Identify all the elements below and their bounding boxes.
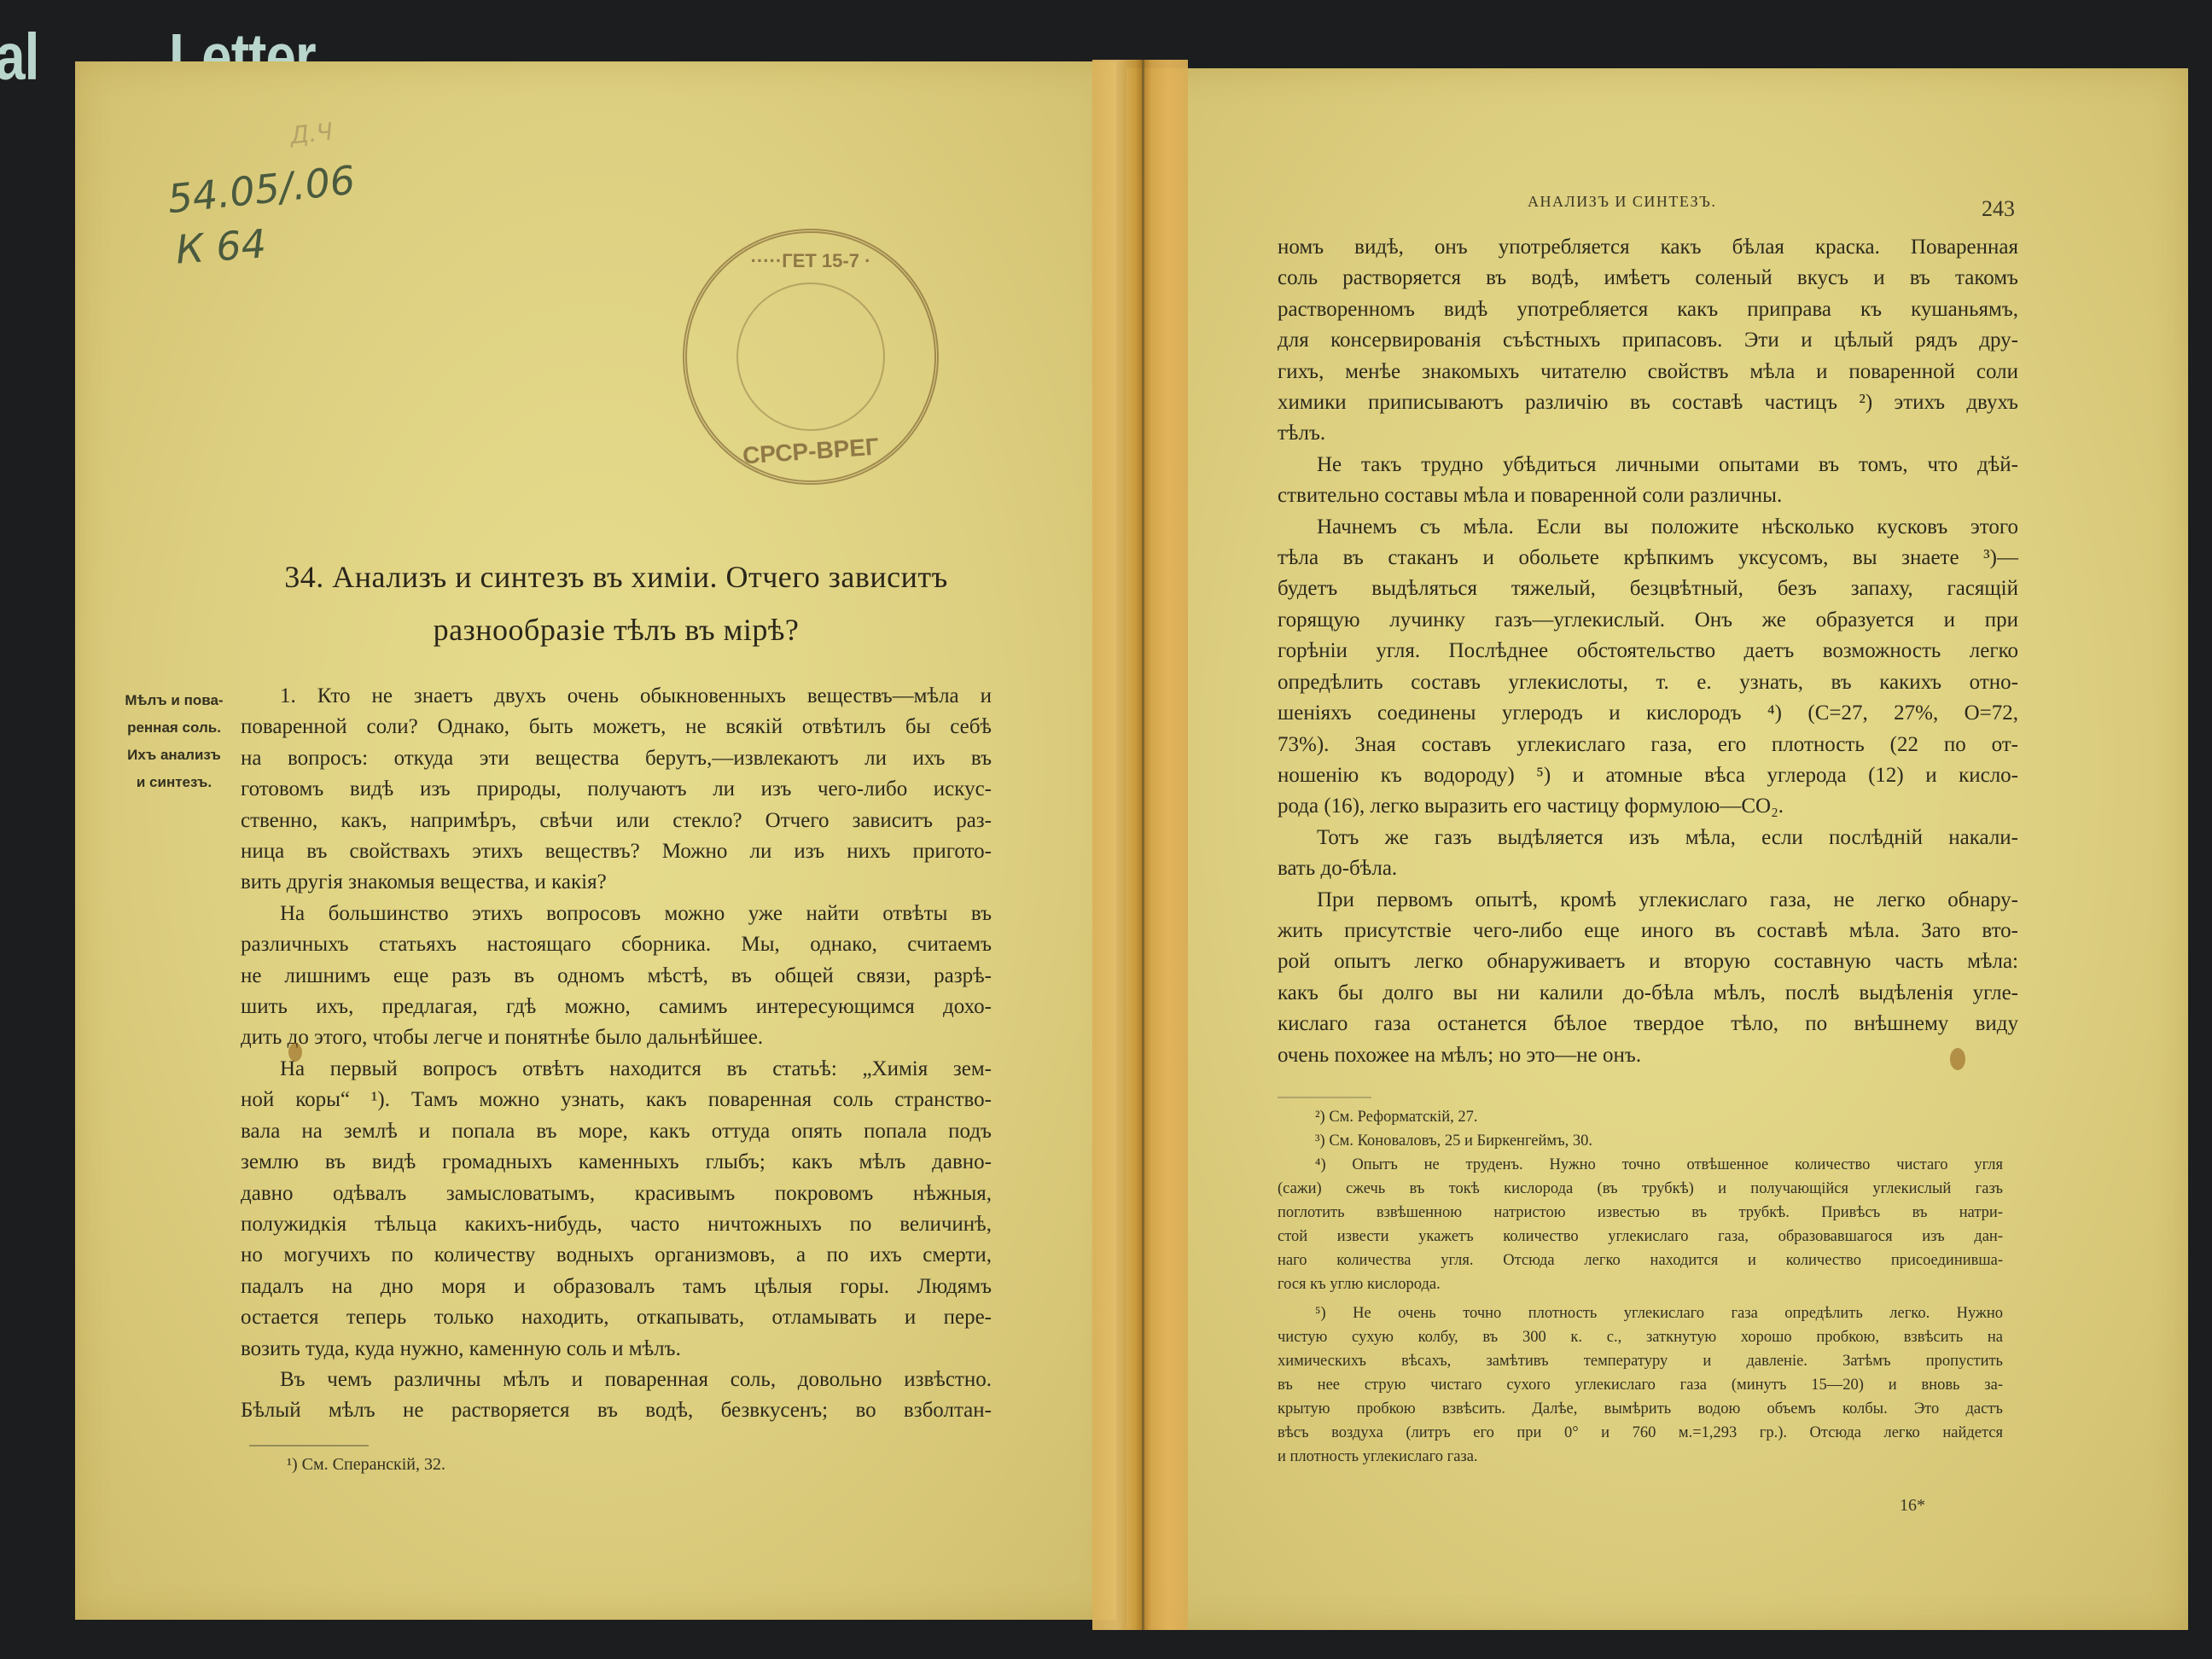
text-line: рой опытъ легко обнаруживаетъ и вторую с…	[1278, 946, 2018, 977]
text-line: вала на землѣ и попала въ море, какъ отт…	[241, 1116, 992, 1147]
text-line: полужидкія тѣльца какихъ-нибудь, часто н…	[241, 1209, 992, 1240]
text-line: дить до этого, чтобы легче и понятнѣе бы…	[241, 1022, 992, 1053]
text-line: химики приписываютъ различію въ составѣ …	[1278, 387, 2018, 418]
text-line: вать до-бѣла.	[1278, 853, 2018, 884]
text-line: возить туда, куда нужно, каменную соль и…	[241, 1334, 992, 1365]
text-line: жить присутствіе чего-либо еще иного въ …	[1278, 916, 2018, 946]
text-line: ница въ свойствахъ этихъ веществъ? Можно…	[241, 836, 992, 867]
footnote-1: ¹) См. Сперанскій, 32.	[287, 1455, 445, 1475]
text-line: очень похожее на мѣлъ; но это—не онъ.	[1278, 1040, 2018, 1071]
text-line: готовомъ видѣ изъ природы, получаютъ ли …	[241, 774, 992, 805]
text-line: поваренной соли? Однако, быть можетъ, не…	[241, 712, 992, 742]
footnote-4-line: поглотить взвѣшенною натристою известью …	[1278, 1201, 2003, 1225]
footnote-5-line: химическихъ вѣсахъ, замѣтивъ температуру…	[1278, 1349, 2003, 1373]
text-line: тѣла въ стаканъ и обольете крѣпкимъ уксу…	[1278, 543, 2018, 573]
page-number: 243	[1982, 196, 2015, 222]
footnote-4-line: стой извести укажетъ количество углекисл…	[1278, 1225, 2003, 1249]
text-line: Тотъ же газъ выдѣляется изъ мѣла, если п…	[1278, 823, 2018, 853]
text-line: Бѣлый мѣлъ не растворяется въ водѣ, безв…	[241, 1395, 992, 1426]
text-line: растворенномъ видѣ употребляется какъ пр…	[1278, 294, 2018, 325]
footnote-4-line: ⁴) Опытъ не труденъ. Нужно точно отвѣшен…	[1278, 1153, 2003, 1177]
text-line: При первомъ опытѣ, кромѣ углекислаго газ…	[1278, 885, 2018, 916]
text-line: соль растворяется въ водѣ, имѣетъ солены…	[1278, 263, 2018, 294]
text-line: горящую лучинку газъ—углекислый. Онъ же …	[1278, 605, 2018, 636]
footnote-5-line: чистую сухую колбу, въ 300 к. с., заткну…	[1278, 1325, 2003, 1349]
text-line: кислаго газа останется бѣлое твердое тѣл…	[1278, 1009, 2018, 1039]
handwritten-author-mark: К 64	[174, 220, 267, 272]
right-page-body: номъ видѣ, онъ употребляется какъ бѣлая …	[1278, 232, 2018, 1071]
text-line: будетъ выдѣляться тяжелый, безцвѣтный, б…	[1278, 573, 2018, 604]
library-stamp-icon: ·····ГЕТ 15-7 · СРСР-ВРЕГ	[683, 229, 939, 485]
running-head: АНАЛИЗЪ И СИНТЕЗЪ.	[1528, 193, 1716, 211]
text-line: опредѣлить составъ углекислоты, т. е. уз…	[1278, 667, 2018, 698]
stamp-inner-ring	[736, 282, 885, 431]
text-line: 73%). Зная составъ углекислаго газа, его…	[1278, 730, 2018, 760]
text-line: номъ видѣ, онъ употребляется какъ бѣлая …	[1278, 232, 2018, 263]
footnote-5-line: ⁵) Не очень точно плотность углекислаго …	[1278, 1301, 2003, 1325]
text-line: шеніяхъ соединены углеродъ и кислородъ ⁴…	[1278, 698, 2018, 729]
text-line: рода (16), легко выразить его частицу фо…	[1278, 791, 2018, 822]
text-line: для консервированія съѣстныхъ припасовъ.…	[1278, 325, 2018, 356]
page-gutter-line	[1142, 60, 1144, 1630]
margin-note-line: Мѣлъ и пова-	[111, 687, 237, 714]
text-line: На первый вопросъ отвѣтъ находится въ ст…	[241, 1054, 992, 1085]
footnote-divider	[249, 1445, 369, 1447]
text-line: горѣніи угля. Послѣднее обстоятельство д…	[1278, 636, 2018, 667]
chapter-title-line-1: 34. Анализъ и синтезъ въ химіи. Отчего з…	[241, 550, 992, 603]
margin-note-line: и синтезъ.	[111, 769, 237, 796]
text-line: тѣлъ.	[1278, 418, 2018, 449]
footnote-4-line: наго количества угля. Отсюда легко наход…	[1278, 1249, 2003, 1272]
footnote-5-line: вѣсъ воздуха (литръ его при 0° и 760 м.=…	[1278, 1421, 2003, 1445]
text-line: Начнемъ съ мѣла. Если вы положите нѣскол…	[1278, 512, 2018, 543]
text-line: падалъ на дно моря и образовалъ тамъ цѣл…	[241, 1272, 992, 1302]
margin-note-line: ренная соль.	[111, 714, 237, 742]
text-line: различныхъ статьяхъ настоящаго сборника.…	[241, 929, 992, 960]
footnote-3: ³) См. Коноваловъ, 25 и Биркенгеймъ, 30.	[1278, 1129, 2003, 1153]
footnote-5-line: въ нее струю чистаго сухого углекислаго …	[1278, 1373, 2003, 1397]
margin-note-line: Ихъ анализъ	[111, 742, 237, 769]
text-line: на вопросъ: откуда эти вещества берутъ,—…	[241, 743, 992, 774]
text-line: но могучихъ по количеству водныхъ органи…	[241, 1240, 992, 1271]
text-line: ношенію къ водороду) ⁵) и атомные вѣса у…	[1278, 760, 2018, 791]
text-line: ственно, какъ, напримѣръ, свѣчи или стек…	[241, 806, 992, 836]
paper-stain	[288, 1043, 302, 1062]
footnote-4-line: (сажи) сжечь въ токѣ кислорода (въ трубк…	[1278, 1177, 2003, 1201]
text-line: землю въ видѣ громадныхъ каменныхъ глыбъ…	[241, 1147, 992, 1178]
text-line: вить другія знакомыя вещества, и какія?	[241, 867, 992, 898]
handwritten-faint-mark: Д.Ч	[288, 117, 334, 149]
footnote-divider	[1278, 1097, 1371, 1098]
footnote-4-line: гося къ углю кислорода.	[1278, 1272, 2003, 1296]
text-line: ствительно составы мѣла и поваренной сол…	[1278, 480, 2018, 511]
text-line: не лишнимъ еще разъ въ одномъ мѣстѣ, въ …	[241, 961, 992, 992]
text-line: Не такъ трудно убѣдиться личными опытами…	[1278, 450, 2018, 480]
margin-note: Мѣлъ и пова- ренная соль. Ихъ анализъ и …	[111, 687, 237, 796]
text-line: гихъ, менѣе знакомыхъ читателю свойствъ …	[1278, 357, 2018, 387]
text-line: 1. Кто не знаетъ двухъ очень обыкновенны…	[241, 681, 992, 712]
printer-signature-mark: 16*	[1900, 1496, 1925, 1516]
right-page-footnotes: ²) См. Реформатскій, 27. ³) См. Коновало…	[1278, 1105, 2003, 1469]
left-page-body: 1. Кто не знаетъ двухъ очень обыкновенны…	[241, 681, 992, 1427]
text-line: ной коры“ ¹). Тамъ можно узнать, какъ по…	[241, 1085, 992, 1115]
taped-spine	[1092, 60, 1188, 1630]
chapter-title-line-2: разнообразіе тѣлъ въ мірѣ?	[241, 603, 992, 656]
text-line: На большинство этихъ вопросовъ можно уже…	[241, 899, 992, 929]
background-poster-text-left: al	[0, 24, 38, 90]
text-line: какъ бы долго вы ни калили до-бѣла мѣлъ,…	[1278, 978, 2018, 1009]
stamp-text-top: ·····ГЕТ 15-7 ·	[687, 250, 934, 272]
chapter-title: 34. Анализъ и синтезъ въ химіи. Отчего з…	[241, 550, 992, 656]
footnote-5-line: крытую пробкою взвѣсить. Далѣе, вымѣрить…	[1278, 1397, 2003, 1421]
text-line: шить ихъ, предлагая, гдѣ можно, самимъ и…	[241, 992, 992, 1022]
text-line: давно одѣвалъ замысловатымъ, красивымъ п…	[241, 1179, 992, 1209]
text-line: остается теперь только находить, откапыв…	[241, 1302, 992, 1333]
text-line: Въ чемъ различны мѣлъ и поваренная соль,…	[241, 1365, 992, 1395]
footnote-2: ²) См. Реформатскій, 27.	[1278, 1105, 2003, 1129]
footnote-5-line: и плотность углекислаго газа.	[1278, 1445, 2003, 1469]
